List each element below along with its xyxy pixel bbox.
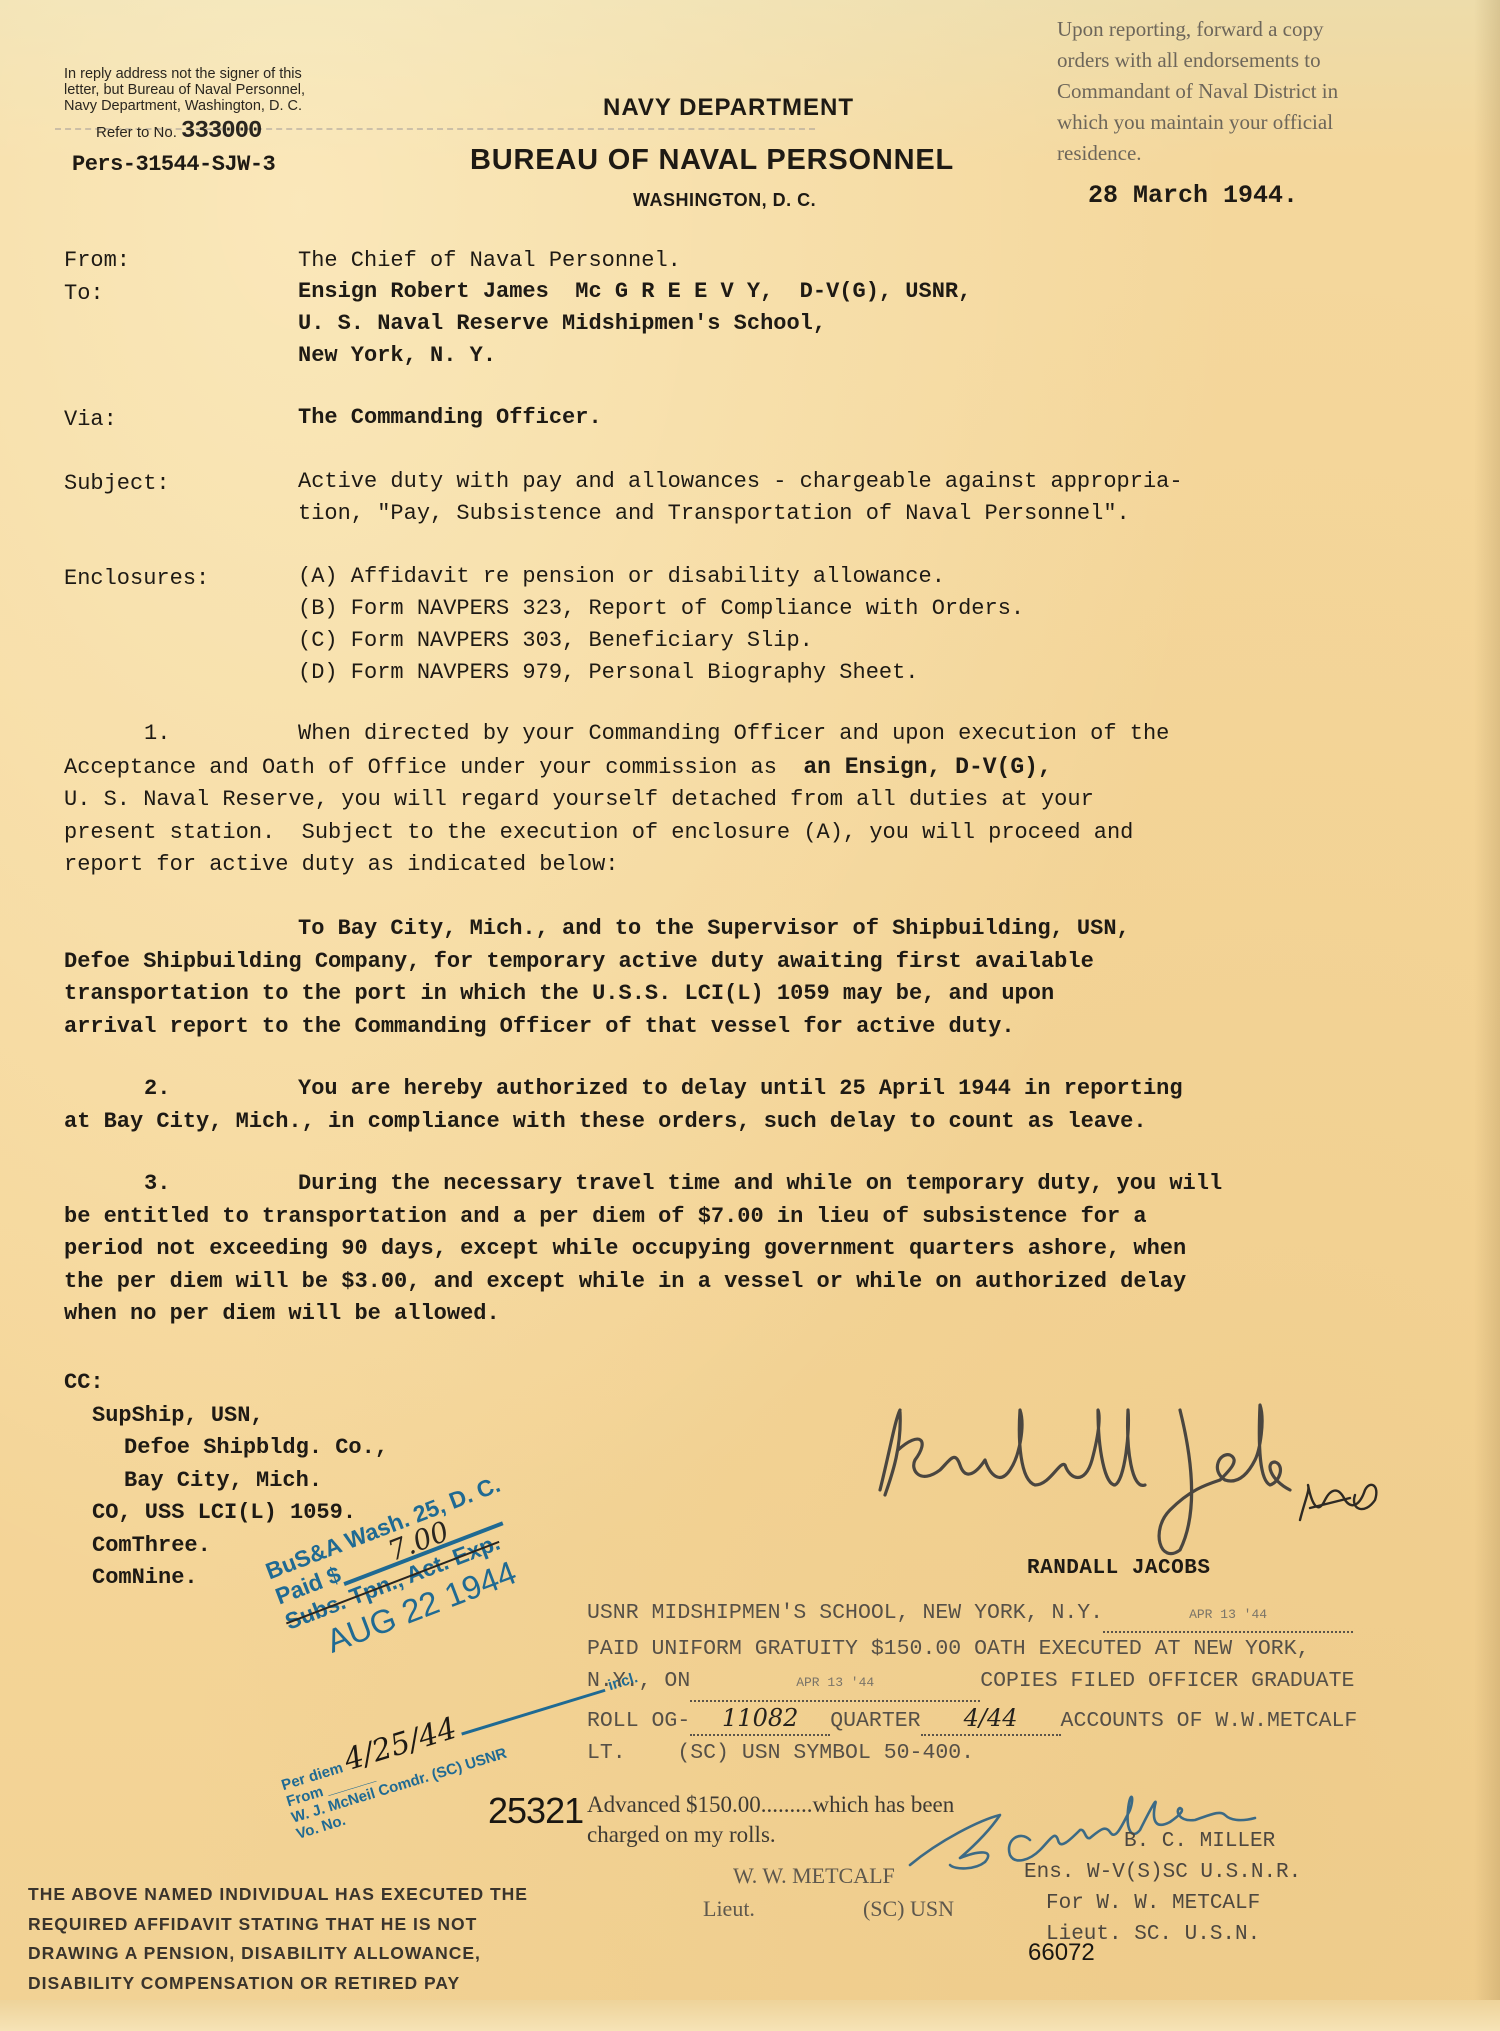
p1-line: U. S. Naval Reserve, you will regard you… xyxy=(64,784,1444,817)
to-label: To: xyxy=(64,278,104,310)
endorsement-line: QUARTER xyxy=(830,1709,920,1733)
p3-line: the per diem will be $3.00, and except w… xyxy=(64,1266,1444,1299)
rank-insert: an Ensign, D-V(G), xyxy=(803,754,1051,780)
enclosure-b: (B) Form NAVPERS 323, Report of Complian… xyxy=(298,593,1024,625)
endorsement-line: ACCOUNTS OF W.W.METCALF xyxy=(1061,1709,1358,1733)
refer-number: 333000 xyxy=(181,118,261,145)
signer-typed-name: RANDALL JACOBS xyxy=(1027,1557,1210,1580)
paragraph-number: 2. xyxy=(64,1073,298,1106)
p1-line: Acceptance and Oath of Office under your… xyxy=(64,755,777,780)
reply-note-line: In reply address not the signer of this xyxy=(64,66,444,82)
endorsement-line: LT. (SC) USN SYMBOL 50-400. xyxy=(587,1737,1357,1769)
corps: (SC) USN xyxy=(863,1896,954,1921)
upon-line: which you maintain your official xyxy=(1057,107,1477,138)
cc-item: CO, USS LCI(L) 1059. xyxy=(64,1497,388,1530)
upon-line: orders with all endorsements to xyxy=(1057,45,1477,76)
cc-item: SupShip, USN, xyxy=(64,1400,388,1433)
enclosure-c: (C) Form NAVPERS 303, Beneficiary Slip. xyxy=(298,625,813,657)
p3-line: period not exceeding 90 days, except whi… xyxy=(64,1233,1444,1266)
affidavit-line: DRAWING A PENSION, DISABILITY ALLOWANCE, xyxy=(28,1939,528,1969)
p2-line: You are hereby authorized to delay until… xyxy=(298,1076,1183,1101)
enclosure-d: (D) Form NAVPERS 979, Personal Biography… xyxy=(298,657,919,689)
from-label: From: xyxy=(64,245,130,277)
p2-line: at Bay City, Mich., in compliance with t… xyxy=(64,1106,1444,1139)
upon-line: Upon reporting, forward a copy xyxy=(1057,14,1477,45)
to-line-2: U. S. Naval Reserve Midshipmen's School, xyxy=(298,308,826,340)
og-number-handwritten: 11082 xyxy=(690,1702,830,1736)
p3-line: be entitled to transportation and a per … xyxy=(64,1201,1444,1234)
endorsement-line: N.Y., ON xyxy=(587,1669,690,1693)
enclosure-a: (A) Affidavit re pension or disability a… xyxy=(298,561,945,593)
miller-line: For W. W. METCALF xyxy=(1046,1888,1301,1919)
paragraph-1: 1.When directed by your Commanding Offic… xyxy=(64,718,1444,882)
date-stamp: APR 13 '44 xyxy=(690,1667,980,1701)
affidavit-line: THE ABOVE NAMED INDIVIDUAL HAS EXECUTED … xyxy=(28,1880,528,1910)
orders-line: transportation to the port in which the … xyxy=(64,978,1444,1011)
via-value: The Commanding Officer. xyxy=(298,402,602,434)
page-bottom-edge xyxy=(0,2000,1500,2031)
bureau-heading: BUREAU OF NAVAL PERSONNEL xyxy=(470,144,954,177)
paragraph-3: 3.During the necessary travel time and w… xyxy=(64,1168,1444,1331)
subject-line-2: tion, "Pay, Subsistence and Transportati… xyxy=(298,498,1130,530)
cc-item: Defoe Shipbldg. Co., xyxy=(64,1432,388,1465)
miller-line: Ens. W-V(S)SC U.S.N.R. xyxy=(1024,1857,1301,1888)
department-heading: NAVY DEPARTMENT xyxy=(603,94,854,122)
randall-jacobs-signature xyxy=(860,1390,1440,1570)
paragraph-number: 3. xyxy=(64,1168,298,1201)
refer-to-number: Refer to No. 333000 xyxy=(96,118,261,145)
paragraph-number: 1. xyxy=(64,718,298,751)
upon-line: Commandant of Naval District in xyxy=(1057,76,1477,107)
miller-line: B. C. MILLER xyxy=(1064,1826,1301,1857)
p1-line: When directed by your Commanding Officer… xyxy=(298,721,1169,746)
letter-date: 28 March 1944. xyxy=(1088,181,1298,210)
p3-line: During the necessary travel time and whi… xyxy=(298,1171,1222,1196)
city-heading: WASHINGTON, D. C. xyxy=(633,190,816,211)
orders-line: Defoe Shipbuilding Company, for temporar… xyxy=(64,946,1444,979)
via-label: Via: xyxy=(64,404,117,436)
rank: Lieut. xyxy=(703,1896,755,1921)
orders-line: arrival report to the Commanding Officer… xyxy=(64,1011,1444,1044)
midshipmen-school-endorsement: USNR MIDSHIPMEN'S SCHOOL, NEW YORK, N.Y.… xyxy=(587,1597,1357,1769)
subject-label: Subject: xyxy=(64,468,170,500)
date-stamp: APR 13 '44 xyxy=(1103,1599,1353,1633)
p1-line: report for active duty as indicated belo… xyxy=(64,849,1444,882)
orders-line: To Bay City, Mich., and to the Superviso… xyxy=(64,913,1444,946)
to-line-3: New York, N. Y. xyxy=(298,340,496,372)
from-value: The Chief of Naval Personnel. xyxy=(298,245,681,277)
voucher-number: 25321 xyxy=(488,1790,583,1832)
upon-line: residence. xyxy=(1057,138,1477,169)
upon-reporting-stamp: Upon reporting, forward a copy orders wi… xyxy=(1057,14,1477,169)
reply-instructions: In reply address not the signer of this … xyxy=(64,66,444,114)
to-line-1: Ensign Robert James Mc G R E E V Y, D-V(… xyxy=(298,276,971,308)
endorsement-line: USNR MIDSHIPMEN'S SCHOOL, NEW YORK, N.Y. xyxy=(587,1601,1103,1625)
p1-line: present station. Subject to the executio… xyxy=(64,817,1444,850)
affidavit-line: DISABILITY COMPENSATION OR RETIRED PAY xyxy=(28,1969,528,1999)
orders-paragraph: To Bay City, Mich., and to the Superviso… xyxy=(64,913,1444,1043)
file-code: Pers-31544-SJW-3 xyxy=(72,152,275,177)
disbursing-officer-name: W. W. METCALF xyxy=(733,1863,895,1889)
endorsement-line: PAID UNIFORM GRATUITY $150.00 OATH EXECU… xyxy=(587,1633,1357,1665)
cc-item: Bay City, Mich. xyxy=(64,1465,388,1498)
p3-line: when no per diem will be allowed. xyxy=(64,1298,1444,1331)
refer-label: Refer to No. xyxy=(96,124,177,141)
endorsement-line: COPIES FILED OFFICER GRADUATE xyxy=(980,1669,1354,1693)
cc-label: CC: xyxy=(64,1367,388,1400)
quarter-handwritten: 4/44 xyxy=(921,1702,1061,1736)
document-number: 66072 xyxy=(1028,1939,1095,1967)
subject-line-1: Active duty with pay and allowances - ch… xyxy=(298,466,1183,498)
affidavit-line: REQUIRED AFFIDAVIT STATING THAT HE IS NO… xyxy=(28,1910,528,1940)
paragraph-2: 2.You are hereby authorized to delay unt… xyxy=(64,1073,1444,1138)
enclosures-label: Enclosures: xyxy=(64,563,209,595)
endorsement-line: ROLL OG- xyxy=(587,1709,690,1733)
reply-note-line: Navy Department, Washington, D. C. xyxy=(64,98,444,114)
disbursing-officer-rank: Lieut.(SC) USN xyxy=(703,1896,954,1922)
reply-note-line: letter, but Bureau of Naval Personnel, xyxy=(64,82,444,98)
paper-edge-shadow xyxy=(1474,0,1500,2031)
miller-signature-block: B. C. MILLER Ens. W-V(S)SC U.S.N.R. For … xyxy=(1064,1826,1301,1950)
